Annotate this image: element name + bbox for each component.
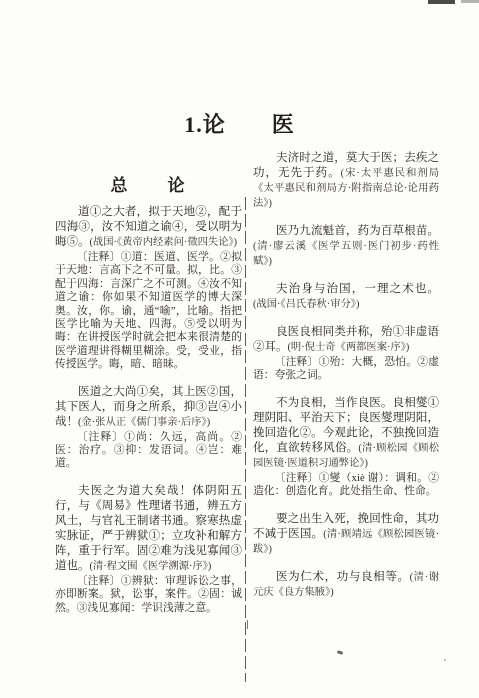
scan-artifact-dash	[247, 620, 248, 629]
quote-paragraph: 良医良相同类并称，殆①非虚语②耳。(明·倪士奇《两都医案·序》)	[253, 325, 439, 355]
quote-paragraph: 不为良相，当作良医。良相燮①理阴阳、平治天下；良医燮理阴阳，挽回造化②。今观此论…	[253, 396, 439, 471]
chapter-title: 1.论 医	[0, 0, 479, 139]
quote-text: 夫治身与治国，一理之术也。	[276, 283, 439, 295]
column-divider-rule	[245, 197, 246, 682]
quote-citation: (清·廖云溪《医学五则·医门初步·药性赋》)	[253, 241, 439, 267]
quote-paragraph: 要之出生入死，挽回性命，其功不减于医国。(清·顾靖远《顾松园医镜·跋》)	[253, 512, 439, 557]
quote-text: 医为仁术，功与良相等。	[276, 571, 410, 583]
quote-paragraph: 医乃九流魁首，药为百草根苗。(清·廖云溪《医学五则·医门初步·药性赋》)	[253, 224, 439, 269]
quote-paragraph: 夫济时之道，莫大于医；去疾之功，无先于药。(宋·太平惠民和剂局《太平惠民和剂局方…	[253, 151, 439, 211]
quote-paragraph: 医道之大尚①矣，其上医②国，其下医人，而身之所系，抑③岂④小哉！(金·张从正《儒…	[55, 385, 242, 430]
scan-artifact-speck	[444, 659, 446, 661]
quote-text: 夫医之为道大矣哉！体阴阳五行，与《周易》性理诸书通，辨五方风土，与官礼王制诸书通…	[55, 485, 242, 572]
two-column-text-block: 总 论 道①之大者，拟于天地②，配于四海③，汝不知道之谕④，受以明为晦⑤。(战国…	[0, 139, 479, 682]
scan-artifact-bar	[461, 0, 479, 3]
quote-citation: (清·程文囿《医学溯源·序》)	[90, 561, 212, 572]
note-paragraph: 〔注释〕①尚：久远，高尚。②医：治疗。③抑：发语词。④岂：难道。	[55, 431, 242, 471]
quote-citation: (明·倪士奇《两都医案·序》)	[288, 342, 410, 353]
quote-text: 医乃九流魁首，药为百草根苗。	[276, 225, 439, 237]
note-paragraph: 〔注释〕①道：医道、医学。②拟于天地：言高下之不可量。拟，比。③配于四海：言深广…	[55, 251, 242, 372]
quote-paragraph: 道①之大者，拟于天地②，配于四海③，汝不知道之谕④，受以明为晦⑤。(战国·《黄帝…	[55, 205, 242, 250]
note-paragraph: 〔注释〕①辨狱：审理诉讼之事，亦即断案。狱，讼事，案件。②固：诚然。③浅见寡闻：…	[55, 575, 242, 615]
quote-paragraph: 夫治身与治国，一理之术也。(战国·《吕氏春秋·审分》)	[253, 282, 439, 312]
note-paragraph: 〔注释〕①燮（xiè 谢）：调和。②造化：创造化育。此处指生命、性命。	[253, 472, 439, 499]
quote-citation: (金·张从正《儒门事亲·后序》)	[78, 417, 210, 428]
quote-paragraph: 医为仁术，功与良相等。(清·谢元庆《良方集腋》)	[253, 570, 439, 600]
quote-paragraph: 夫医之为道大矣哉！体阴阳五行，与《周易》性理诸书通，辨五方风土，与官礼王制诸书通…	[55, 484, 242, 574]
book-page: 1.论 医 总 论 道①之大者，拟于天地②，配于四海③，汝不知道之谕④，受以明为…	[0, 0, 479, 698]
quote-citation: (战国·《黄帝内经素问·徵四失论》)	[90, 237, 238, 248]
scan-artifact-bar	[428, 0, 455, 4]
right-column: 夫济时之道，莫大于医；去疾之功，无先于药。(宋·太平惠民和剂局《太平惠民和剂局方…	[248, 151, 439, 600]
left-column: 总 论 道①之大者，拟于天地②，配于四海③，汝不知道之谕④，受以明为晦⑤。(战国…	[55, 151, 242, 615]
quote-citation: (战国·《吕氏春秋·审分》)	[253, 299, 359, 310]
note-paragraph: 〔注释〕①殆：大概，恐怕。②虚语：夸张之词。	[253, 356, 439, 383]
section-heading: 总 论	[55, 171, 242, 196]
